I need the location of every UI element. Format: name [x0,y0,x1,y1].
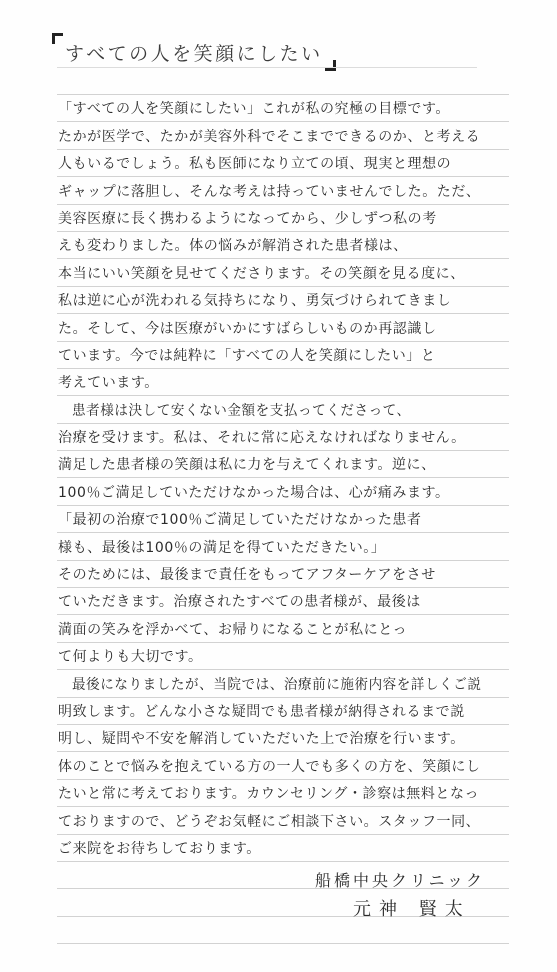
letter-line: 「最初の治療で100％ご満足していただけなかった患者 [58,509,508,531]
ruled-line [57,121,509,122]
letter-line: 治療を受けます。私は、それに常に応えなければなりません。 [58,427,508,449]
title-close-bracket [325,60,336,71]
letter-line: えも変わりました。体の悩みが解消された患者様は、 [58,235,508,257]
ruled-line [57,724,509,725]
letter-line: 私は逆に心が洗われる気持ちになり、勇気づけられてきまし [58,290,508,312]
ruled-line [57,149,509,150]
ruled-line [57,313,509,314]
letter-line: ご来院をお待ちしております。 [58,838,508,860]
letter-line: 美容医療に長く携わるようになってから、少しずつ私の考 [58,208,508,230]
signature-clinic-name: 船橋中央クリニック [315,868,485,891]
letter-line: そのためには、最後まで責任をもってアフターケアをさせ [58,564,508,586]
ruled-line [57,806,509,807]
letter-line: ギャップに落胆し、そんな考えは持っていませんでした。ただ、 [58,181,508,203]
ruled-line [57,943,509,944]
letter-line: たかが医学で、たかが美容外科でそこまでできるのか、と考える [58,126,508,148]
letter-line: 100％ご満足していただけなかった場合は、心が痛みます。 [58,482,508,504]
ruled-line [57,587,509,588]
letter-line: ていただきます。治療されたすべての患者様が、最後は [58,591,508,613]
ruled-line [57,505,509,506]
ruled-line [57,642,509,643]
ruled-line [57,560,509,561]
ruled-line [57,532,509,533]
letter-line: た。そして、今は医療がいかにすばらしいものか再認識し [58,318,508,340]
letter-line: 「すべての人を笑顔にしたい」これが私の究極の目標です。 [58,98,508,120]
ruled-line [57,779,509,780]
ruled-line [57,94,509,95]
handwritten-letter-page: すべての人を笑顔にしたい 「すべての人を笑顔にしたい」これが私の究極の目標です。… [0,0,557,972]
ruled-line [57,341,509,342]
ruled-line [57,231,509,232]
letter-line: 本当にいい笑顔を見せてくださります。その笑顔を見る度に、 [58,263,508,285]
letter-line: ています。今では純粋に「すべての人を笑顔にしたい」と [58,345,508,367]
letter-line: ておりますので、どうぞお気軽にご相談下さい。スタッフ一同、 [58,811,508,833]
ruled-line [57,286,509,287]
letter-line: 考えています。 [58,372,508,394]
signature-author-name: 元神 賢太 [353,895,471,921]
ruled-line [57,477,509,478]
letter-title: すべての人を笑顔にしたい [52,36,336,66]
letter-line-paragraph-start: 最後になりましたが、当院では、治療前に施術内容を詳しくご説 [72,674,508,696]
letter-line: 明し、疑問や不安を解消していただいた上で治療を行います。 [58,728,508,750]
letter-line: 人もいるでしょう。私も医師になり立ての頃、現実と理想の [58,153,508,175]
letter-line: 明致します。どんな小さな疑問でも患者様が納得されるまで説 [58,701,508,723]
ruled-line [57,669,509,670]
letter-line: 体のことで悩みを抱えている方の一人でも多くの方を、笑顔にし [58,756,508,778]
letter-line: 満面の笑みを浮かべて、お帰りになることが私にとっ [58,619,508,641]
ruled-line [57,751,509,752]
ruled-line [57,834,509,835]
ruled-line [57,176,509,177]
letter-title-text: すべての人を笑顔にしたい [65,39,323,66]
letter-line: 様も、最後は100％の満足を得ていただきたい。」 [58,537,508,559]
title-underline [57,67,477,68]
letter-line: て何よりも大切です。 [58,646,508,668]
ruled-line [57,614,509,615]
ruled-line [57,204,509,205]
ruled-line [57,368,509,369]
ruled-line [57,395,509,396]
letter-line-paragraph-start: 患者様は決して安くない金額を支払ってくださって、 [72,400,508,422]
ruled-line [57,697,509,698]
title-open-bracket [52,33,63,44]
letter-line: 満足した患者様の笑顔は私に力を与えてくれます。逆に、 [58,454,508,476]
letter-line: たいと常に考えております。カウンセリング・診察は無料となっ [58,783,508,805]
ruled-line [57,258,509,259]
ruled-line [57,861,509,862]
ruled-line [57,423,509,424]
ruled-line [57,450,509,451]
